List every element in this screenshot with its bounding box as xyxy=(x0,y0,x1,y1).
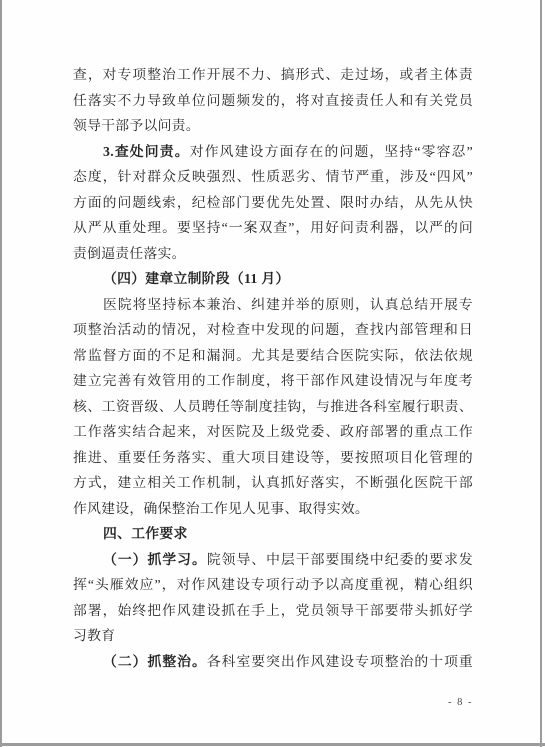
text-segment: 医院将坚持标本兼治、纠建并举的原则，认真总结开展专 xyxy=(103,297,473,312)
text-line: 习教育 xyxy=(73,623,473,649)
text-segment-bold: 四、工作要求 xyxy=(103,526,188,541)
text-segment-bold: （一）抓学习。 xyxy=(103,552,207,567)
text-segment: 领导干部予以问责。 xyxy=(73,118,200,133)
text-line: 部署，始终把作风建设抓在手上，党员领导干部要带头抓好学 xyxy=(73,598,473,624)
text-segment: 方式，建立相关工作机制，认真抓好落实，不断强化医院干部 xyxy=(73,475,473,490)
text-line: 3.查处问责。对作风建设方面存在的问题，坚持“零容忍” xyxy=(73,139,473,165)
text-line: （二）抓整治。各科室要突出作风建设专项整治的十项重 xyxy=(73,649,473,675)
text-line: 推进、重要任务落实、重大项目建设等，要按照项目化管理的 xyxy=(73,445,473,471)
text-line: 工作落实结合起来，对医院及上级党委、政府部署的重点工作 xyxy=(73,419,473,445)
text-segment: 挥“头雁效应”，对作风建设专项行动予以高度重视，精心组织 xyxy=(73,577,473,592)
text-segment: 方面的问题线索，纪检部门要优先处置、限时办结，从先从快 xyxy=(73,195,473,210)
text-segment: 对作风建设方面存在的问题，坚持“零容忍” xyxy=(190,144,473,159)
text-segment: 部署，始终把作风建设抓在手上，党员领导干部要带头抓好学 xyxy=(73,603,473,618)
text-segment: 各科室要突出作风建设专项整治的十项重 xyxy=(207,654,473,669)
document-page: 查，对专项整治工作开展不力、搞形式、走过场，或者主体责任落实不力导致单位问题频发… xyxy=(0,0,545,747)
text-line: 四、工作要求 xyxy=(73,521,473,547)
text-segment: 院领导、中层干部要围绕中纪委的要求发 xyxy=(207,552,473,567)
text-segment: 责倒逼责任落实。 xyxy=(73,246,186,261)
page-bottom-edge xyxy=(0,743,545,746)
text-line: 医院将坚持标本兼治、纠建并举的原则，认真总结开展专 xyxy=(73,292,473,318)
text-segment: 工作落实结合起来，对医院及上级党委、政府部署的重点工作 xyxy=(73,424,473,439)
text-segment: 从严从重处理。要坚持“一案双查”，用好问责利器，以严的问 xyxy=(73,220,473,235)
text-segment: 常监督方面的不足和漏洞。尤其是要结合医院实际，依法依规 xyxy=(73,348,473,363)
text-line: 挥“头雁效应”，对作风建设专项行动予以高度重视，精心组织 xyxy=(73,572,473,598)
text-line: 常监督方面的不足和漏洞。尤其是要结合医院实际，依法依规 xyxy=(73,343,473,369)
text-line: 方面的问题线索，纪检部门要优先处置、限时办结，从先从快 xyxy=(73,190,473,216)
text-segment: 态度，针对群众反映强烈、性质恶劣、情节严重，涉及“四风” xyxy=(73,169,473,184)
text-segment-bold: （二）抓整治。 xyxy=(103,654,207,669)
text-line: 责倒逼责任落实。 xyxy=(73,241,473,267)
text-line: 态度，针对群众反映强烈、性质恶劣、情节严重，涉及“四风” xyxy=(73,164,473,190)
text-line: （四）建章立制阶段（11 月） xyxy=(73,266,473,292)
document-content: 查，对专项整治工作开展不力、搞形式、走过场，或者主体责任落实不力导致单位问题频发… xyxy=(73,62,473,674)
text-line: 方式，建立相关工作机制，认真抓好落实，不断强化医院干部 xyxy=(73,470,473,496)
text-segment: 建立完善有效管用的工作制度，将干部作风建设情况与年度考 xyxy=(73,373,473,388)
page-number: - 8 - xyxy=(448,697,473,708)
text-line: 建立完善有效管用的工作制度，将干部作风建设情况与年度考 xyxy=(73,368,473,394)
text-segment: 项整治活动的情况，对检查中发现的问题，查找内部管理和日 xyxy=(73,322,473,337)
text-line: 核、工资晋级、人员聘任等制度挂钩，与推进各科室履行职责、 xyxy=(73,394,473,420)
text-line: 查，对专项整治工作开展不力、搞形式、走过场，或者主体责 xyxy=(73,62,473,88)
text-line: 从严从重处理。要坚持“一案双查”，用好问责利器，以严的问 xyxy=(73,215,473,241)
text-segment: 任落实不力导致单位问题频发的，将对直接责任人和有关党员 xyxy=(73,93,473,108)
text-segment-bold: 3.查处问责。 xyxy=(103,144,190,159)
page-right-edge xyxy=(540,0,542,747)
text-line: （一）抓学习。院领导、中层干部要围绕中纪委的要求发 xyxy=(73,547,473,573)
text-line: 任落实不力导致单位问题频发的，将对直接责任人和有关党员 xyxy=(73,88,473,114)
text-line: 项整治活动的情况，对检查中发现的问题，查找内部管理和日 xyxy=(73,317,473,343)
text-segment: 推进、重要任务落实、重大项目建设等，要按照项目化管理的 xyxy=(73,450,473,465)
text-segment-bold: （四）建章立制阶段（11 月） xyxy=(103,271,290,286)
text-segment: 作风建设，确保整治工作见人见事、取得实效。 xyxy=(73,501,369,516)
text-segment: 习教育 xyxy=(73,628,115,643)
page-left-edge xyxy=(0,0,2,747)
text-segment: 核、工资晋级、人员聘任等制度挂钩，与推进各科室履行职责、 xyxy=(73,399,473,414)
text-line: 领导干部予以问责。 xyxy=(73,113,473,139)
text-segment: 查，对专项整治工作开展不力、搞形式、走过场，或者主体责 xyxy=(73,67,473,82)
text-line: 作风建设，确保整治工作见人见事、取得实效。 xyxy=(73,496,473,522)
